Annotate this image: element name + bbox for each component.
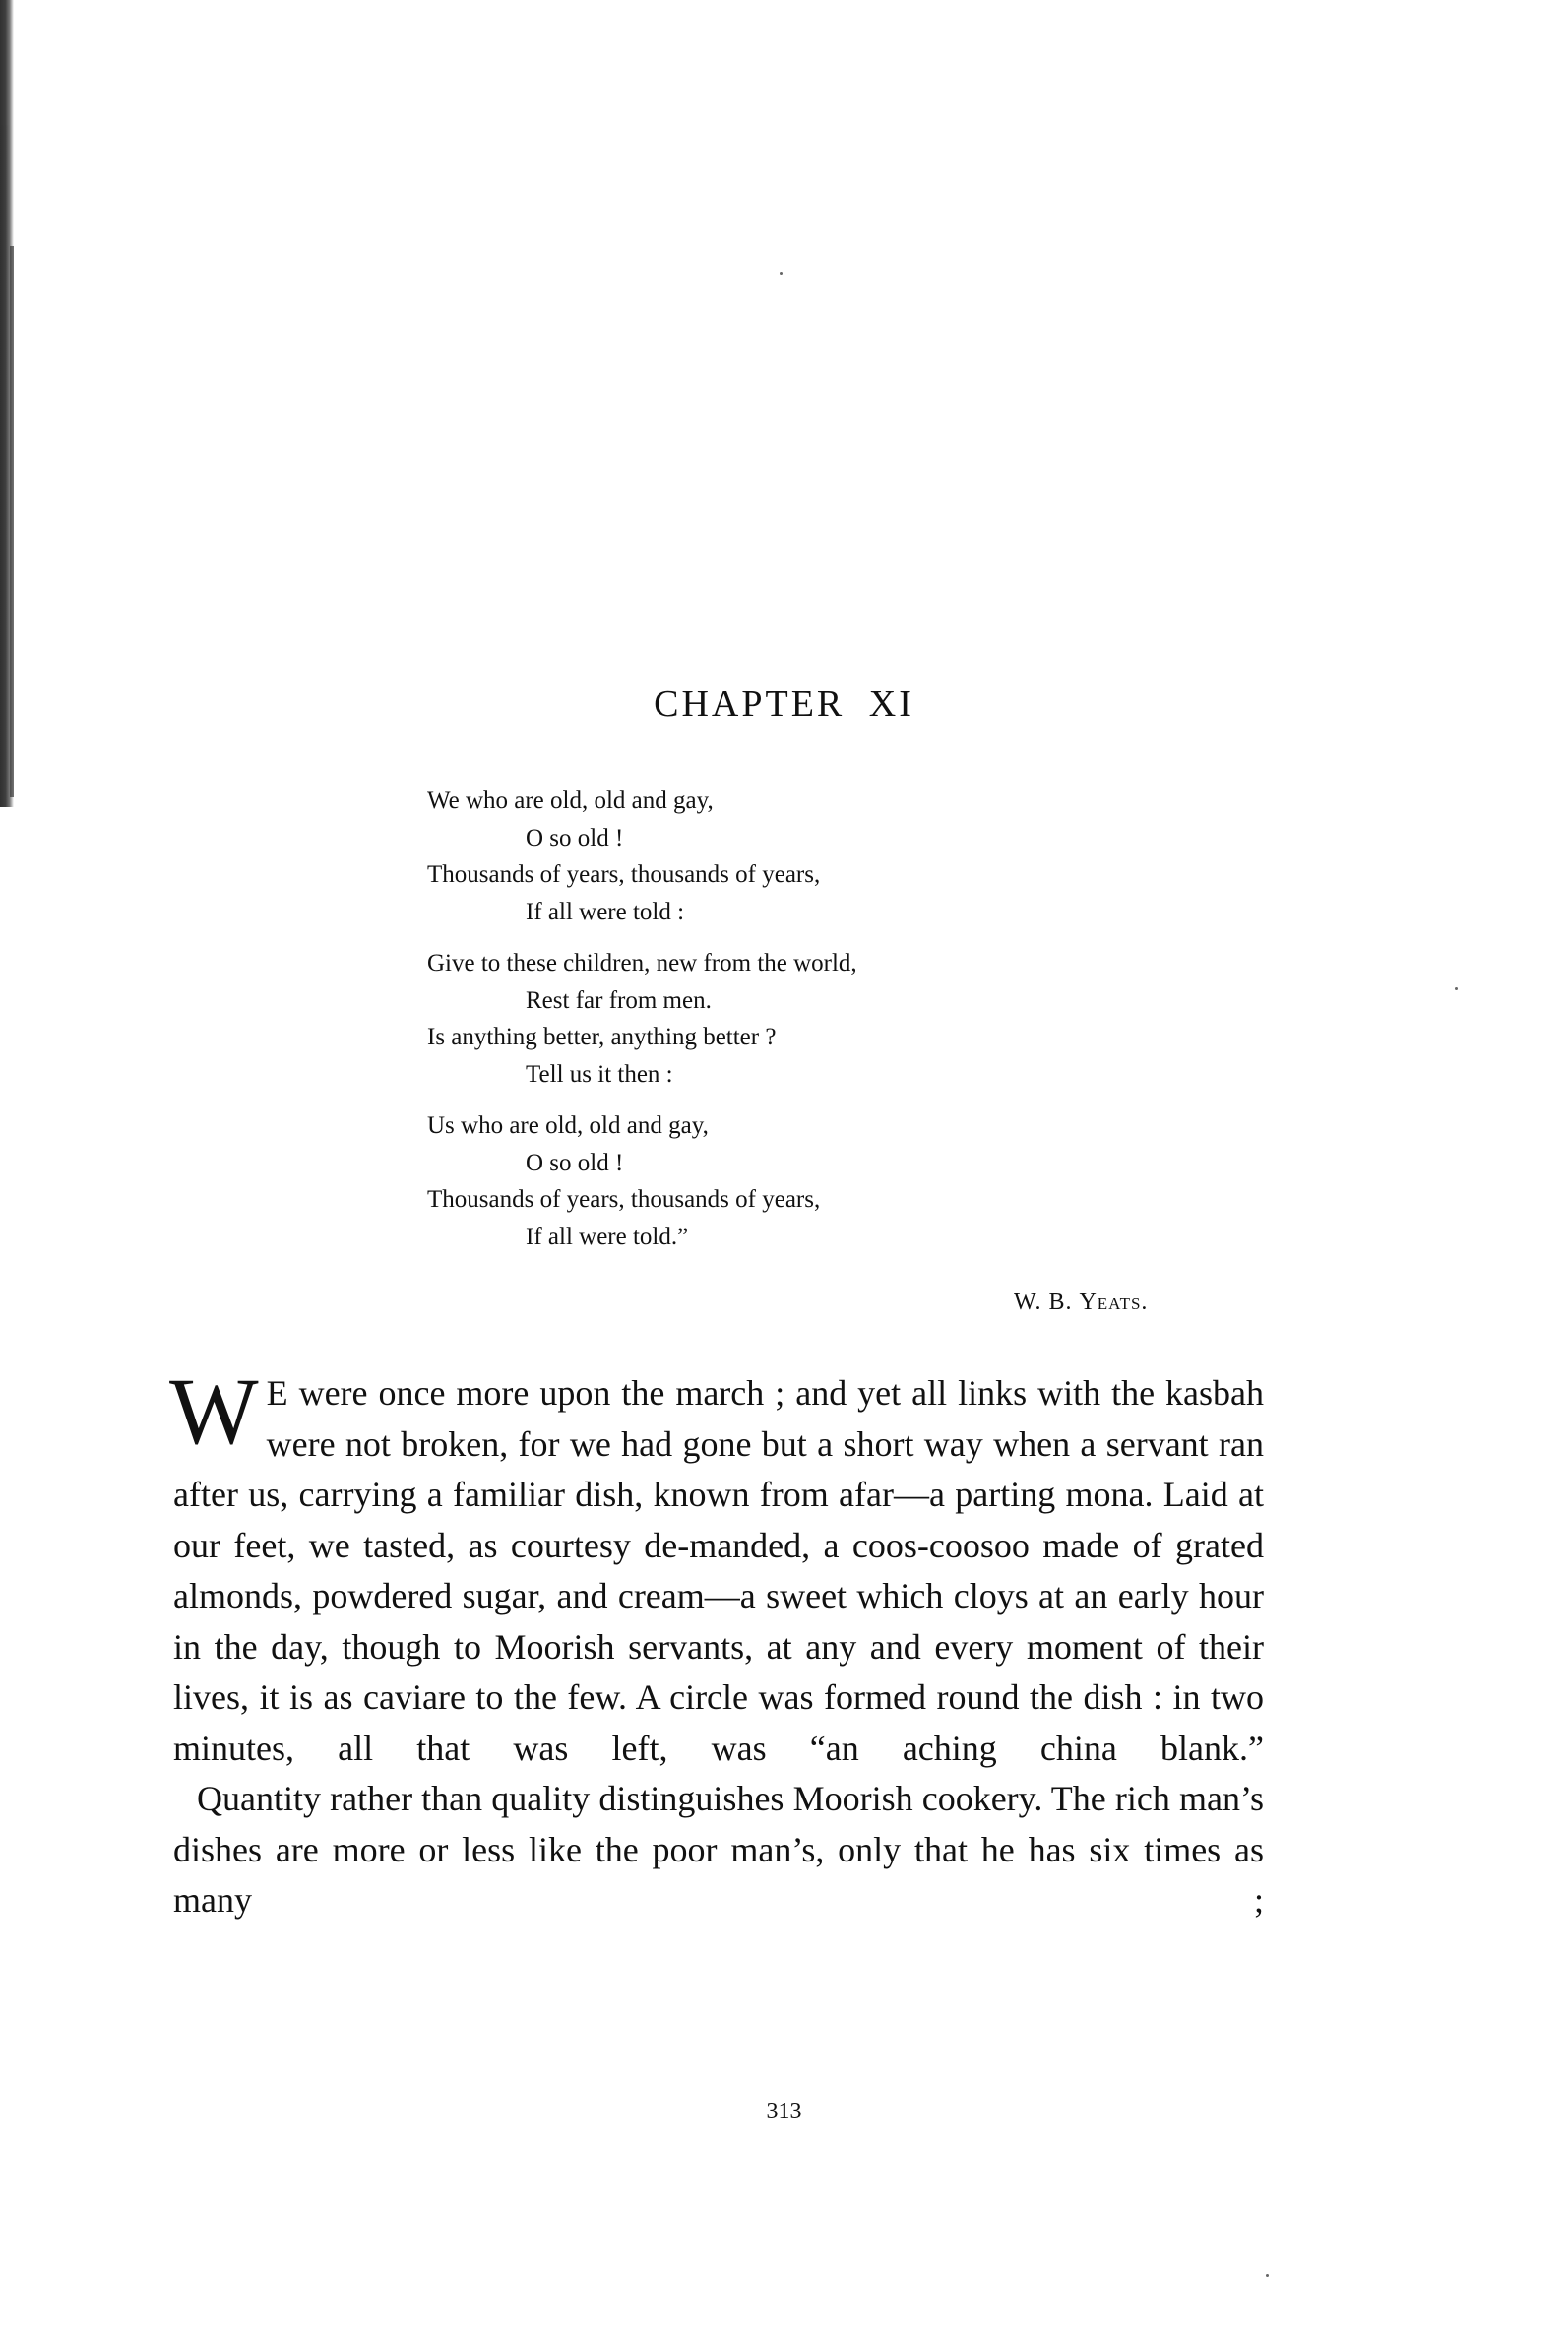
attribution-initials: W. B. xyxy=(1014,1290,1079,1315)
body-paragraph-1: WE were once more upon the march ; and y… xyxy=(173,1368,1264,1774)
poem-stanza-3: Us who are old, old and gay, O so old ! … xyxy=(427,1107,1254,1255)
paragraph-text: E were once more upon the march ; and ye… xyxy=(173,1373,1264,1768)
chapter-title: CHAPTER XI xyxy=(0,682,1568,725)
poem-stanza-2: Give to these children, new from the wor… xyxy=(427,945,1254,1093)
body-paragraph-2: Quantity rather than quality distinguish… xyxy=(173,1774,1264,1926)
chapter-body: WE were once more upon the march ; and y… xyxy=(173,1368,1264,1926)
paragraph-text: Quantity rather than quality distinguish… xyxy=(173,1779,1264,1920)
poem-line: If all were told : xyxy=(427,894,1254,931)
poem-line: Is anything better, anything better ? xyxy=(427,1019,1254,1056)
drop-cap: W xyxy=(169,1372,259,1451)
poem-line: O so old ! xyxy=(427,820,1254,857)
poem-line: O so old ! xyxy=(427,1145,1254,1182)
poem-line: Thousands of years, thousands of years, xyxy=(427,1181,1254,1219)
poem-line: Tell us it then : xyxy=(427,1056,1254,1094)
poem-line: Give to these children, new from the wor… xyxy=(427,945,1254,982)
scan-speck xyxy=(1455,987,1458,990)
epigraph-poem: We who are old, old and gay, O so old ! … xyxy=(427,783,1254,1270)
attribution-surname: Yeats. xyxy=(1079,1290,1148,1315)
poem-line: If all were told.” xyxy=(427,1219,1254,1256)
poem-stanza-1: We who are old, old and gay, O so old ! … xyxy=(427,783,1254,930)
page-number: 313 xyxy=(0,2099,1568,2125)
poem-line: Rest far from men. xyxy=(427,982,1254,1020)
poem-line: We who are old, old and gay, xyxy=(427,783,1254,820)
scan-speck xyxy=(780,272,783,275)
poem-line: Thousands of years, thousands of years, xyxy=(427,856,1254,894)
scan-speck xyxy=(1266,2274,1269,2277)
poem-line: Us who are old, old and gay, xyxy=(427,1107,1254,1145)
epigraph-attribution: W. B. Yeats. xyxy=(1014,1290,1148,1316)
